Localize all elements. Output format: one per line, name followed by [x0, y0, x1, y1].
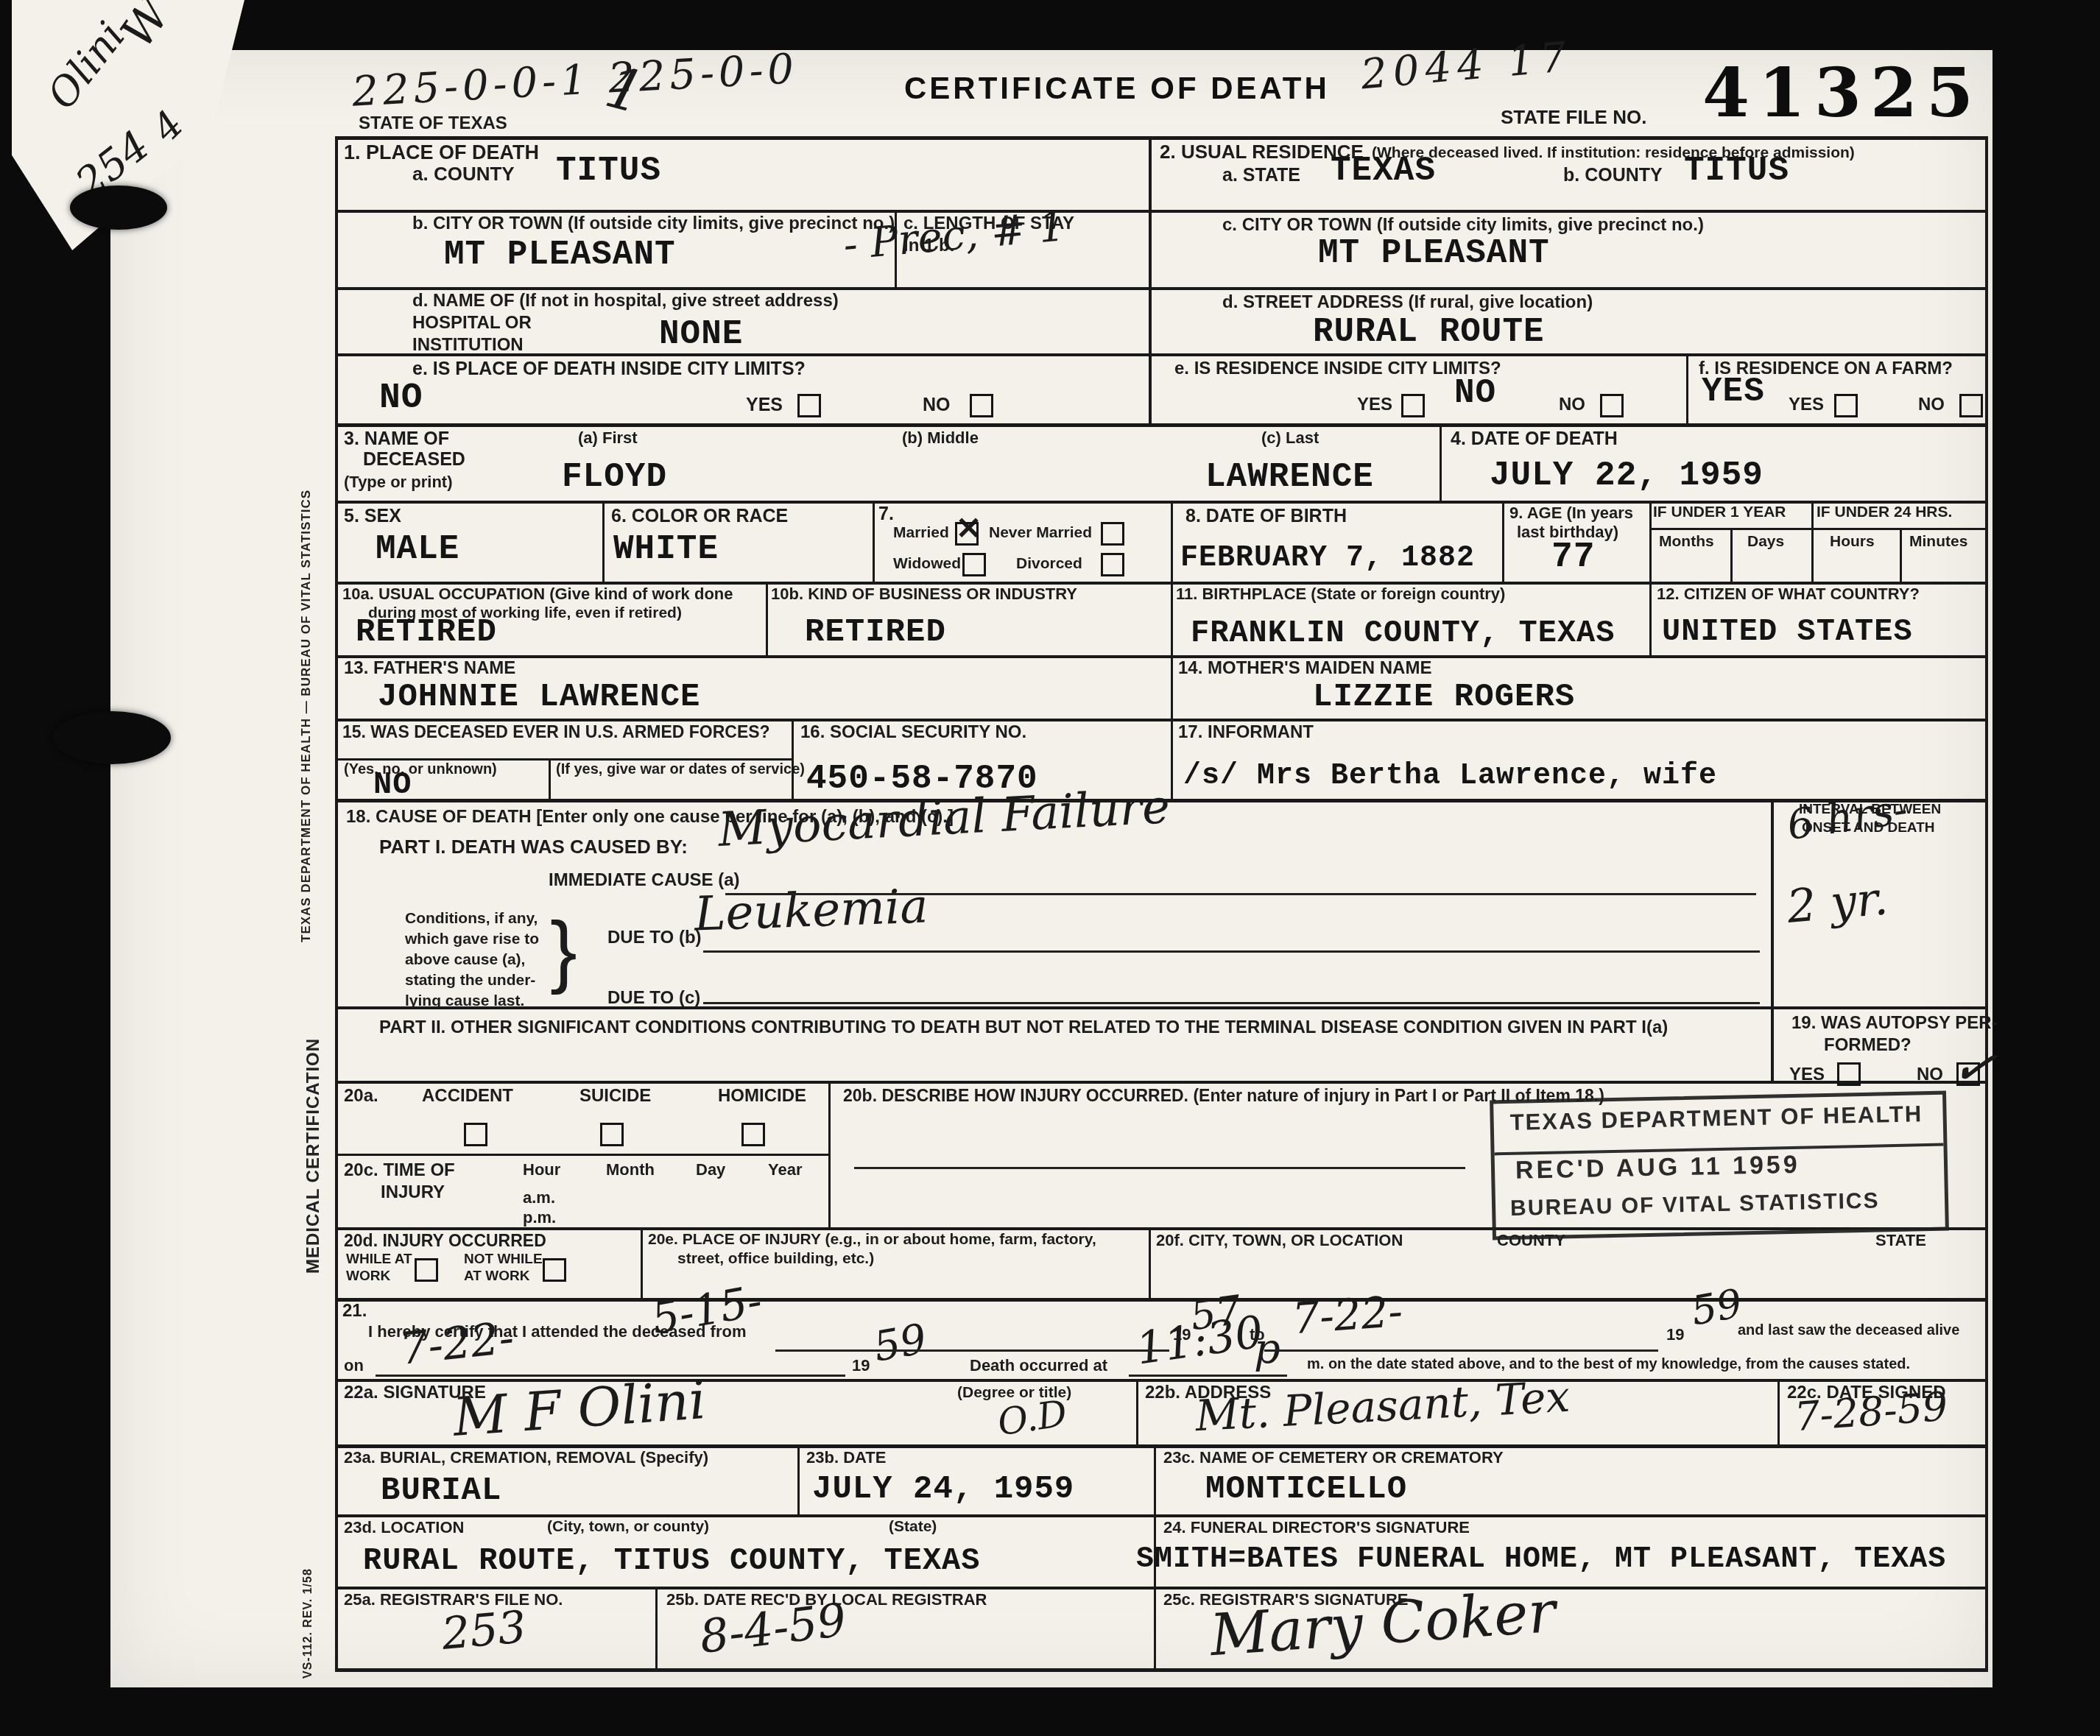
- stamp-line-2: REC'D AUG 11 1959: [1515, 1151, 1800, 1185]
- divorced-label: Divorced: [1016, 556, 1082, 572]
- injury-c-label-2: INJURY: [381, 1183, 445, 1202]
- name-label-2: DECEASED: [363, 450, 465, 469]
- medical-certification-vertical: MEDICAL CERTIFICATION: [303, 847, 324, 1274]
- punch-hole-top: [70, 186, 167, 230]
- last-name: LAWRENCE: [1205, 460, 1374, 494]
- grid-rule-horizontal: [335, 1444, 1988, 1448]
- father-label: 13. FATHER'S NAME: [344, 659, 515, 677]
- sex-value: MALE: [376, 532, 459, 566]
- res-street-label: d. STREET ADDRESS (If rural, give locati…: [1222, 293, 1593, 311]
- conditions-label-2: which gave rise to: [405, 931, 539, 948]
- certify-num: 21.: [342, 1302, 367, 1320]
- grid-rule-vertical: [335, 136, 338, 1668]
- grid-rule-vertical: [828, 1081, 831, 1227]
- days-label: Days: [1747, 534, 1784, 550]
- conditions-label-3: above cause (a),: [405, 952, 525, 968]
- autopsy-no-box: [1956, 1062, 1980, 1086]
- mother-label: 14. MOTHER'S MAIDEN NAME: [1178, 659, 1431, 677]
- grid-rule-vertical: [1649, 501, 1652, 582]
- married-label: Married: [893, 525, 949, 541]
- res-limits-yes-box: [1401, 394, 1425, 417]
- injury-d-label: 20d. INJURY OCCURRED: [344, 1232, 546, 1249]
- autopsy-label: 19. WAS AUTOPSY PER-: [1791, 1014, 1998, 1032]
- date-signed-hw: 7-28-59: [1793, 1387, 1949, 1437]
- grid-rule-vertical: [1136, 1379, 1138, 1444]
- certify-year-3: 19: [852, 1357, 870, 1374]
- grid-rule-horizontal: [335, 1006, 1988, 1009]
- race-label: 6. COLOR OR RACE: [611, 507, 788, 526]
- grid-rule-horizontal: [335, 1587, 1988, 1589]
- cemetery-value: MONTICELLO: [1205, 1473, 1407, 1506]
- hours-label: Hours: [1830, 534, 1875, 550]
- pm-label: p.m.: [523, 1209, 556, 1226]
- grid-rule-horizontal: [335, 758, 792, 761]
- am-label: a.m.: [523, 1189, 555, 1206]
- margin-hw-plus: 4: [146, 105, 190, 149]
- grid-rule-vertical: [766, 582, 768, 655]
- certify-from-hw: 5-15-: [649, 1279, 765, 1340]
- grid-rule-vertical: [1149, 1227, 1151, 1298]
- res-city-value: MT PLEASANT: [1318, 236, 1550, 270]
- write-in-underline: [775, 1349, 1169, 1352]
- farm-no-box: [1959, 394, 1983, 417]
- industry-value: RETIRED: [805, 616, 946, 649]
- widowed-label: Widowed: [893, 556, 961, 572]
- grid-rule-vertical: [797, 1444, 800, 1514]
- first-name: FLOYD: [562, 460, 667, 494]
- grid-rule-horizontal: [1649, 528, 1988, 530]
- middle-label: (b) Middle: [902, 429, 979, 446]
- death-limits-label: e. IS PLACE OF DEATH INSIDE CITY LIMITS?: [412, 359, 806, 378]
- under-1-year-label: IF UNDER 1 YEAR: [1653, 504, 1786, 521]
- stay-label-2: in 1 b.: [903, 236, 954, 255]
- city-value: MT PLEASANT: [444, 238, 676, 272]
- grid-rule-vertical: [1502, 501, 1504, 582]
- grid-rule-horizontal: [335, 1298, 1988, 1302]
- certify-year-2-hw: 59: [1688, 1283, 1745, 1331]
- grid-rule-vertical: [895, 210, 897, 287]
- county-value: TITUS: [556, 154, 661, 188]
- grid-rule-vertical: [1171, 582, 1173, 799]
- res-limits-yes-label: YES: [1357, 395, 1392, 414]
- farm-value: YES: [1702, 375, 1765, 409]
- location-label: 23d. LOCATION: [344, 1519, 464, 1536]
- degree-hw: O.D: [996, 1395, 1069, 1442]
- age-value: 77: [1551, 540, 1596, 575]
- injury-c-label: 20c. TIME OF: [344, 1161, 455, 1179]
- res-street-value: RURAL ROUTE: [1313, 315, 1545, 349]
- grid-rule-vertical: [792, 719, 794, 799]
- write-in-underline: [725, 893, 1756, 895]
- part1-label: PART I. DEATH WAS CAUSED BY:: [379, 837, 688, 857]
- funeral-director-label: 24. FUNERAL DIRECTOR'S SIGNATURE: [1163, 1519, 1470, 1536]
- day-label: Day: [696, 1161, 725, 1178]
- death-time-hw: 11:30: [1134, 1310, 1266, 1371]
- res-limits-no-box: [1600, 394, 1624, 417]
- father-value: JOHNNIE LAWRENCE: [378, 681, 700, 713]
- agency-vertical-caption: TEXAS DEPARTMENT OF HEALTH — BUREAU OF V…: [299, 221, 314, 942]
- location-value: RURAL ROUTE, TITUS COUNTY, TEXAS: [363, 1545, 981, 1576]
- grid-rule-horizontal: [335, 423, 1988, 427]
- write-in-underline: [1129, 1375, 1287, 1377]
- write-in-underline: [1264, 1349, 1658, 1352]
- forces-value: NO: [373, 769, 412, 800]
- dod-label: 4. DATE OF DEATH: [1451, 429, 1618, 448]
- birthplace-value: FRANKLIN COUNTY, TEXAS: [1191, 618, 1615, 649]
- dob-label: 8. DATE OF BIRTH: [1185, 507, 1347, 526]
- certify-tail-2: m. on the date stated above, and to the …: [1307, 1357, 1910, 1372]
- name-label-3: (Type or print): [344, 473, 452, 490]
- while-at-label-2: WORK: [346, 1269, 390, 1284]
- form-code-vertical: VS-112. REV. 1/58: [302, 1495, 315, 1679]
- while-at-label: WHILE AT: [346, 1252, 412, 1267]
- grid-rule-vertical: [873, 501, 875, 582]
- grid-rule-vertical: [1771, 799, 1774, 1081]
- res-limits-value: NO: [1454, 376, 1496, 410]
- grid-rule-vertical: [1811, 501, 1814, 582]
- grid-rule-horizontal: [335, 1668, 1988, 1672]
- state-col-label: STATE: [1875, 1232, 1926, 1249]
- due-b-label: DUE TO (b): [607, 928, 702, 947]
- not-while-at-work-box: [543, 1258, 566, 1282]
- injury-e-label-2: street, office building, etc.): [677, 1251, 874, 1267]
- months-label: Months: [1659, 534, 1714, 550]
- married-box: [955, 522, 979, 546]
- birthplace-label: 11. BIRTHPLACE (State or foreign country…: [1176, 585, 1505, 602]
- registrar-file-hw: 253: [440, 1605, 528, 1656]
- dob-value: FEBRUARY 7, 1882: [1180, 544, 1475, 574]
- location-sub2: (State): [889, 1519, 937, 1535]
- hour-label: Hour: [523, 1161, 560, 1178]
- institution-value: NONE: [659, 317, 743, 351]
- autopsy-yes-box: [1837, 1062, 1861, 1086]
- res-state-value: TEXAS: [1331, 154, 1436, 188]
- death-limits-no-label: NO: [923, 395, 951, 414]
- grid-rule-vertical: [1730, 528, 1733, 582]
- grid-rule-vertical: [1440, 423, 1442, 501]
- certify-on: on: [344, 1357, 364, 1374]
- res-county-label: b. COUNTY: [1563, 166, 1663, 185]
- occupation-label: 10a. USUAL OCCUPATION (Give kind of work…: [342, 585, 733, 602]
- never-married-label: Never Married: [989, 525, 1092, 541]
- death-limits-yes-box: [797, 394, 821, 417]
- grid-rule-horizontal: [335, 501, 1988, 504]
- accident-box: [464, 1123, 487, 1146]
- part2-label: PART II. OTHER SIGNIFICANT CONDITIONS CO…: [379, 1018, 1668, 1037]
- interval-a-hw: 6 hrs-: [1785, 789, 1910, 847]
- grid-rule-horizontal: [335, 136, 1988, 140]
- grid-rule-horizontal: [335, 1081, 1988, 1084]
- grid-rule-vertical: [602, 501, 605, 582]
- name-label: 3. NAME OF: [344, 429, 449, 448]
- grid-rule-vertical: [549, 758, 551, 799]
- res-state-label: a. STATE: [1222, 166, 1300, 185]
- death-limits-yes-label: YES: [746, 395, 783, 414]
- institution-label-3: INSTITUTION: [412, 336, 524, 354]
- industry-label: 10b. KIND OF BUSINESS OR INDUSTRY: [771, 585, 1077, 602]
- certify-year-3-hw: 59: [871, 1319, 930, 1369]
- conditions-label-1: Conditions, if any,: [405, 911, 538, 927]
- write-in-underline: [703, 1002, 1760, 1004]
- never-married-box: [1101, 522, 1124, 546]
- due-b-hw: Leukemia: [694, 883, 929, 938]
- county-label: a. COUNTY: [412, 164, 515, 184]
- certify-tail: and last saw the deceased alive: [1738, 1323, 1959, 1338]
- grid-rule-horizontal: [335, 799, 1988, 802]
- grid-rule-vertical: [1649, 582, 1652, 655]
- cemetery-label: 23c. NAME OF CEMETERY OR CREMATORY: [1163, 1449, 1504, 1466]
- res-county-value: TITUS: [1684, 154, 1789, 188]
- minutes-label: Minutes: [1909, 534, 1967, 550]
- location-sub1: (City, town, or county): [547, 1519, 709, 1535]
- due-c-label: DUE TO (c): [607, 989, 700, 1007]
- informant-label: 17. INFORMANT: [1178, 723, 1314, 741]
- grid-rule-vertical: [641, 1227, 643, 1298]
- stamp-line-1: TEXAS DEPARTMENT OF HEALTH: [1509, 1101, 1923, 1136]
- grid-rule-horizontal: [335, 655, 1988, 658]
- grid-rule-horizontal: [335, 1154, 828, 1156]
- grid-rule-horizontal: [335, 353, 1988, 356]
- immediate-cause-hw: Myocardial Failure: [717, 783, 1171, 854]
- conditions-label-4: stating the under-: [405, 973, 535, 989]
- injury-a-label: 20a.: [344, 1087, 378, 1105]
- grid-rule-horizontal: [335, 1514, 1988, 1517]
- farm-no-label: NO: [1918, 395, 1945, 414]
- mother-value: LIZZIE ROGERS: [1313, 681, 1575, 713]
- marital-label: 7.: [878, 504, 894, 523]
- grid-rule-vertical: [655, 1587, 658, 1668]
- res-limits-label: e. IS RESIDENCE INSIDE CITY LIMITS?: [1174, 359, 1501, 378]
- accident-label: ACCIDENT: [422, 1087, 513, 1105]
- grid-rule-vertical: [1686, 353, 1688, 423]
- conditions-brace: }: [550, 908, 577, 993]
- first-label: (a) First: [578, 429, 638, 446]
- burial-value: BURIAL: [381, 1475, 501, 1507]
- state-of-texas: STATE OF TEXAS: [359, 114, 507, 133]
- interval-b-hw: 2 yr.: [1786, 875, 1890, 930]
- armed-forces-label: 15. WAS DECEASED EVER IN U.S. ARMED FORC…: [342, 723, 770, 741]
- under-24-hrs-label: IF UNDER 24 HRS.: [1817, 504, 1952, 521]
- grid-rule-vertical: [1149, 136, 1152, 423]
- res-limits-no-label: NO: [1559, 395, 1585, 414]
- citizen-value: UNITED STATES: [1662, 616, 1913, 647]
- stamp-line-3: BUREAU OF VITAL STATISTICS: [1510, 1188, 1880, 1221]
- margin-hw-name: Olini: [41, 15, 132, 116]
- death-limits-no-box: [970, 394, 993, 417]
- grid-rule-vertical: [1777, 1379, 1780, 1444]
- forces-sub1-label: (Yes, no, or unknown): [344, 762, 497, 777]
- city-label: b. CITY OR TOWN (If outside city limits,…: [412, 214, 895, 233]
- state-file-label: STATE FILE NO.: [1501, 107, 1646, 127]
- sex-label: 5. SEX: [344, 507, 401, 526]
- burial-date-value: JULY 24, 1959: [812, 1473, 1074, 1506]
- funeral-director-value: SMITH=BATES FUNERAL HOME, MT PLEASANT, T…: [1136, 1545, 1946, 1575]
- race-value: WHITE: [613, 532, 719, 566]
- grid-rule-horizontal: [335, 582, 1988, 585]
- grid-rule-horizontal: [335, 210, 1988, 213]
- homicide-box: [741, 1123, 765, 1146]
- grid-rule-vertical: [1900, 528, 1902, 582]
- state-file-number: 41325: [1702, 59, 1982, 127]
- burial-label: 23a. BURIAL, CREMATION, REMOVAL (Specify…: [344, 1449, 708, 1466]
- year-label: Year: [768, 1161, 803, 1178]
- dod-value: JULY 22, 1959: [1490, 459, 1763, 493]
- age-label: 9. AGE (In years: [1509, 504, 1633, 521]
- suicide-label: SUICIDE: [579, 1087, 651, 1105]
- write-in-underline: [703, 950, 1760, 953]
- forces-sub2-label: (If yes, give war or dates of service): [556, 762, 805, 777]
- grid-rule-horizontal: [335, 287, 1988, 290]
- burial-date-label: 23b. DATE: [806, 1449, 886, 1466]
- physician-signature: M F Olini: [451, 1373, 708, 1444]
- informant-value: /s/ Mrs Bertha Lawrence, wife: [1183, 762, 1717, 791]
- certify-on-hw: 7-22-: [398, 1316, 516, 1372]
- section-1-title: 1. PLACE OF DEATH: [344, 142, 539, 163]
- while-at-work-box: [415, 1258, 438, 1282]
- certificate-form: 1. PLACE OF DEATHa. COUNTYTITUSb. CITY O…: [335, 136, 1988, 1672]
- institution-label-2: HOSPITAL OR: [412, 314, 532, 332]
- res-city-label: c. CITY OR TOWN (If outside city limits,…: [1222, 216, 1704, 234]
- death-limits-value: NO: [379, 381, 423, 416]
- grid-rule-vertical: [1985, 136, 1988, 1668]
- grid-rule-vertical: [1154, 1444, 1156, 1668]
- autopsy-label-2: FORMED?: [1824, 1036, 1912, 1054]
- widowed-box: [962, 553, 986, 576]
- occupation-value: RETIRED: [356, 616, 497, 649]
- injury-e-label: 20e. PLACE OF INJURY (e.g., in or about …: [648, 1232, 1096, 1248]
- injury-f-label: 20f. CITY, TOWN, OR LOCATION: [1156, 1232, 1403, 1249]
- last-label: (c) Last: [1261, 429, 1319, 446]
- registrar-file-label: 25a. REGISTRAR'S FILE NO.: [344, 1591, 563, 1608]
- death-occurred-label: Death occurred at: [970, 1357, 1107, 1374]
- not-while-label-2: AT WORK: [464, 1269, 529, 1284]
- punch-hole-bottom: [53, 711, 171, 764]
- month-label: Month: [606, 1161, 655, 1178]
- farm-yes-label: YES: [1789, 395, 1824, 414]
- grid-rule-horizontal: [335, 719, 1988, 721]
- divorced-box: [1101, 553, 1124, 576]
- certify-year-2: 19: [1666, 1326, 1684, 1343]
- not-while-label: NOT WHILE: [464, 1252, 543, 1267]
- suicide-box: [600, 1123, 624, 1146]
- homicide-label: HOMICIDE: [718, 1087, 806, 1105]
- received-stamp: TEXAS DEPARTMENT OF HEALTH REC'D AUG 11 …: [1490, 1091, 1949, 1241]
- ssn-label: 16. SOCIAL SECURITY NO.: [800, 723, 1026, 741]
- stay-label: c. LENGTH OF STAY: [903, 214, 1074, 233]
- certificate-title: CERTIFICATE OF DEATH: [904, 71, 1330, 106]
- grid-rule-vertical: [1171, 501, 1173, 582]
- institution-label: d. NAME OF (If not in hospital, give str…: [412, 292, 839, 310]
- farm-yes-box: [1834, 394, 1858, 417]
- write-in-underline: [854, 1167, 1465, 1169]
- write-in-underline: [376, 1375, 845, 1377]
- citizen-label: 12. CITIZEN OF WHAT COUNTRY?: [1657, 585, 1920, 602]
- grid-rule-horizontal: [335, 1379, 1988, 1382]
